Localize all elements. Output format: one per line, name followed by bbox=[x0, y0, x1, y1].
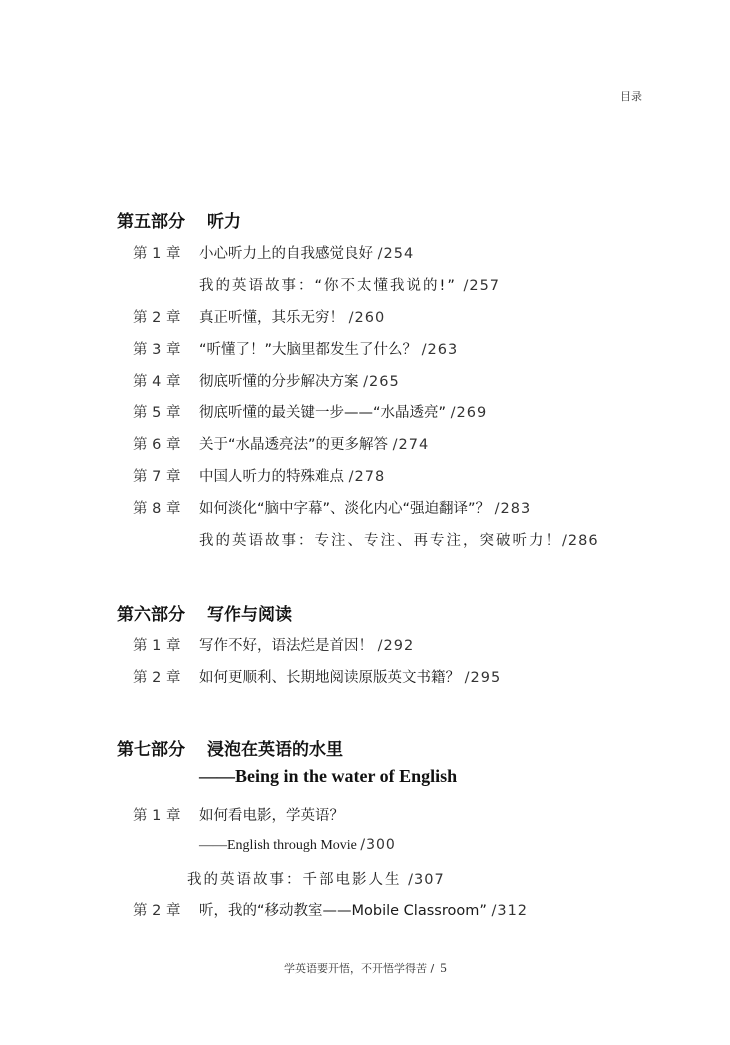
part-heading-7: 第七部分浸泡在英语的水里 bbox=[117, 735, 343, 760]
toc-entry-story[interactable]: 我的英语故事：“你不太懂我说的!” /257 bbox=[199, 274, 500, 295]
entry-title: “听懂了！”大脑里都发生了什么？ bbox=[199, 342, 417, 358]
page-ref: /307 bbox=[408, 872, 445, 888]
entry-title: 如何看电影，学英语？ bbox=[199, 808, 344, 824]
entry-title: 中国人听力的特殊难点 bbox=[199, 469, 344, 485]
toc-entry[interactable]: 第 6 章关于“水晶透亮法”的更多解答 /274 bbox=[133, 433, 429, 454]
entry-title: 彻底听懂的分步解决方案 bbox=[199, 374, 359, 390]
page-ref: /274 bbox=[393, 437, 430, 453]
page-ref: /269 bbox=[451, 405, 488, 421]
entry-title: 写作不好，语法烂是首因！ bbox=[199, 638, 373, 654]
toc-entry-subtitle[interactable]: ——English through Movie /300 bbox=[199, 837, 396, 854]
page-ref: /283 bbox=[495, 501, 532, 517]
entry-title: 小心听力上的自我感觉良好 bbox=[199, 246, 373, 262]
part-subtitle: ——Being in the water of English bbox=[199, 766, 457, 787]
page-number: 5 bbox=[440, 960, 447, 975]
toc-entry[interactable]: 第 2 章真正听懂，其乐无穷！ /260 bbox=[133, 306, 385, 327]
page-ref: /265 bbox=[363, 374, 400, 390]
toc-entry[interactable]: 第 2 章听，我的“移动教室——Mobile Classroom” /312 bbox=[133, 899, 528, 920]
entry-title: 我的英语故事：专注、专注、再专注，突破听力！ bbox=[199, 533, 562, 549]
part-heading-5: 第五部分听力 bbox=[117, 207, 241, 232]
entry-title: 我的英语故事：“你不太懂我说的!” bbox=[199, 278, 457, 294]
entry-title: ——English through Movie bbox=[199, 838, 357, 853]
part-title: 听力 bbox=[207, 212, 241, 232]
footer-book-title: 学英语要开悟，不开悟学得苦 / bbox=[284, 962, 434, 975]
toc-entry[interactable]: 第 7 章中国人听力的特殊难点 /278 bbox=[133, 465, 385, 486]
entry-title: 真正听懂，其乐无穷！ bbox=[199, 310, 344, 326]
page-ref: /292 bbox=[378, 638, 415, 654]
page-ref: /286 bbox=[562, 533, 599, 549]
page-ref: /254 bbox=[378, 246, 415, 262]
toc-entry[interactable]: 第 1 章写作不好，语法烂是首因！ /292 bbox=[133, 634, 414, 655]
page-ref: /260 bbox=[349, 310, 386, 326]
running-header: 目录 bbox=[620, 88, 642, 104]
page-ref: /257 bbox=[463, 278, 500, 294]
page-ref: /300 bbox=[360, 837, 395, 853]
page-ref: /312 bbox=[491, 903, 528, 919]
entry-title: 彻底听懂的最关键一步——“水晶透亮” bbox=[199, 405, 446, 421]
part-number: 第六部分 bbox=[117, 600, 207, 625]
toc-entry[interactable]: 第 1 章小心听力上的自我感觉良好 /254 bbox=[133, 242, 414, 263]
entry-title: 如何更顺利、长期地阅读原版英文书籍？ bbox=[199, 670, 460, 686]
entry-title: 如何淡化“脑中字幕”、淡化内心“强迫翻译”？ bbox=[199, 501, 490, 517]
page-footer: 学英语要开悟，不开悟学得苦 /5 bbox=[284, 960, 447, 976]
toc-entry[interactable]: 第 5 章彻底听懂的最关键一步——“水晶透亮” /269 bbox=[133, 401, 487, 422]
page-ref: /295 bbox=[465, 670, 502, 686]
toc-entry[interactable]: 第 1 章如何看电影，学英语？ bbox=[133, 804, 344, 825]
toc-entry-story[interactable]: 我的英语故事：千部电影人生 /307 bbox=[187, 868, 445, 889]
entry-title: 关于“水晶透亮法”的更多解答 bbox=[199, 437, 388, 453]
toc-entry[interactable]: 第 8 章如何淡化“脑中字幕”、淡化内心“强迫翻译”？ /283 bbox=[133, 497, 531, 518]
toc-entry[interactable]: 第 3 章“听懂了！”大脑里都发生了什么？ /263 bbox=[133, 338, 458, 359]
toc-entry[interactable]: 第 2 章如何更顺利、长期地阅读原版英文书籍？ /295 bbox=[133, 666, 501, 687]
page-ref: /278 bbox=[349, 469, 386, 485]
entry-title: 我的英语故事：千部电影人生 bbox=[187, 872, 402, 888]
toc-entry[interactable]: 第 4 章彻底听懂的分步解决方案 /265 bbox=[133, 370, 400, 391]
page-ref: /263 bbox=[422, 342, 459, 358]
toc-entry-story[interactable]: 我的英语故事：专注、专注、再专注，突破听力！/286 bbox=[199, 529, 599, 550]
entry-title: 听，我的“移动教室——Mobile Classroom” bbox=[199, 903, 487, 919]
part-title: 浸泡在英语的水里 bbox=[207, 740, 343, 760]
part-heading-6: 第六部分写作与阅读 bbox=[117, 600, 292, 625]
part-number: 第七部分 bbox=[117, 735, 207, 760]
part-title: 写作与阅读 bbox=[207, 605, 292, 625]
part-number: 第五部分 bbox=[117, 207, 207, 232]
